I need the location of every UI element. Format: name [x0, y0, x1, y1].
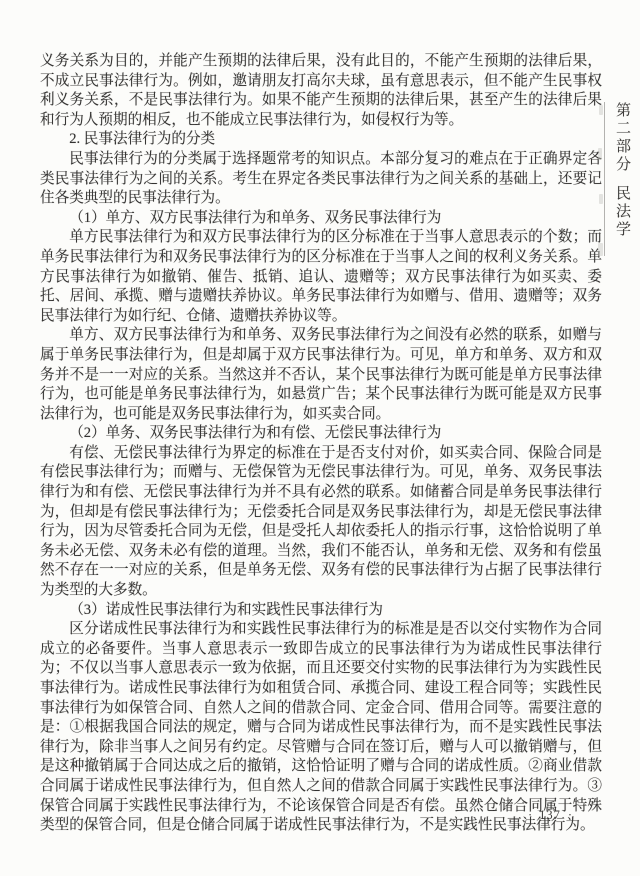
subheading-2: （2）单务、双务民事法律行为和有偿、无偿民事法律行为 — [40, 424, 602, 444]
paragraph: 单方、双方民事法律行为和单务、双务民事法律行为之间没有必然的联系，如赠与属于单务… — [40, 326, 602, 424]
paragraph: 区分诺成性民事法律行为和实践性民事法律行为的标准是是否以交付实物作为合同成立的必… — [40, 620, 602, 836]
scan-artifact — [598, 243, 603, 256]
chapter-tab-part-label: 第二部分 — [612, 102, 633, 174]
paragraph: 有偿、无偿民事法律行为界定的标准在于是否支付对价，如买卖合同、保险合同是有偿民事… — [40, 444, 602, 601]
page-number-left-dot: · — [528, 808, 532, 822]
continued-paragraph: 义务关系为目的，并能产生预期的法律后果，没有此目的，不能产生预期的法律后果，不成… — [40, 52, 602, 130]
paragraph: 单方民事法律行为和双方民事法律行为的区分标准在于当事人意思表示的个数；而单务民事… — [40, 228, 602, 326]
page-number: ·137· — [502, 808, 598, 823]
numbered-heading: 2. 民事法律行为的分类 — [40, 130, 602, 150]
scanned-book-page: 义务关系为目的，并能产生预期的法律后果，没有此目的，不能产生预期的法律后果，不成… — [0, 0, 640, 876]
subheading-1: （1）单方、双方民事法律行为和单务、双务民事法律行为 — [40, 209, 602, 229]
scan-artifact — [598, 148, 602, 160]
body-text: 义务关系为目的，并能产生预期的法律后果，没有此目的，不能产生预期的法律后果，不成… — [40, 52, 602, 836]
chapter-edge-tab: 第二部分 民法学 — [604, 102, 633, 256]
page-number-right-dot: · — [568, 808, 572, 822]
chapter-tab-subject-label: 民法学 — [612, 185, 633, 239]
subheading-3: （3）诺成性民事法律行为和实践性民事法律行为 — [40, 601, 602, 621]
page-number-value: 137 — [539, 808, 561, 822]
scan-artifact — [599, 105, 603, 115]
paragraph: 民事法律行为的分类属于选择题常考的知识点。本部分复习的难点在于正确界定各类民事法… — [40, 150, 602, 209]
scan-artifact — [599, 194, 603, 204]
